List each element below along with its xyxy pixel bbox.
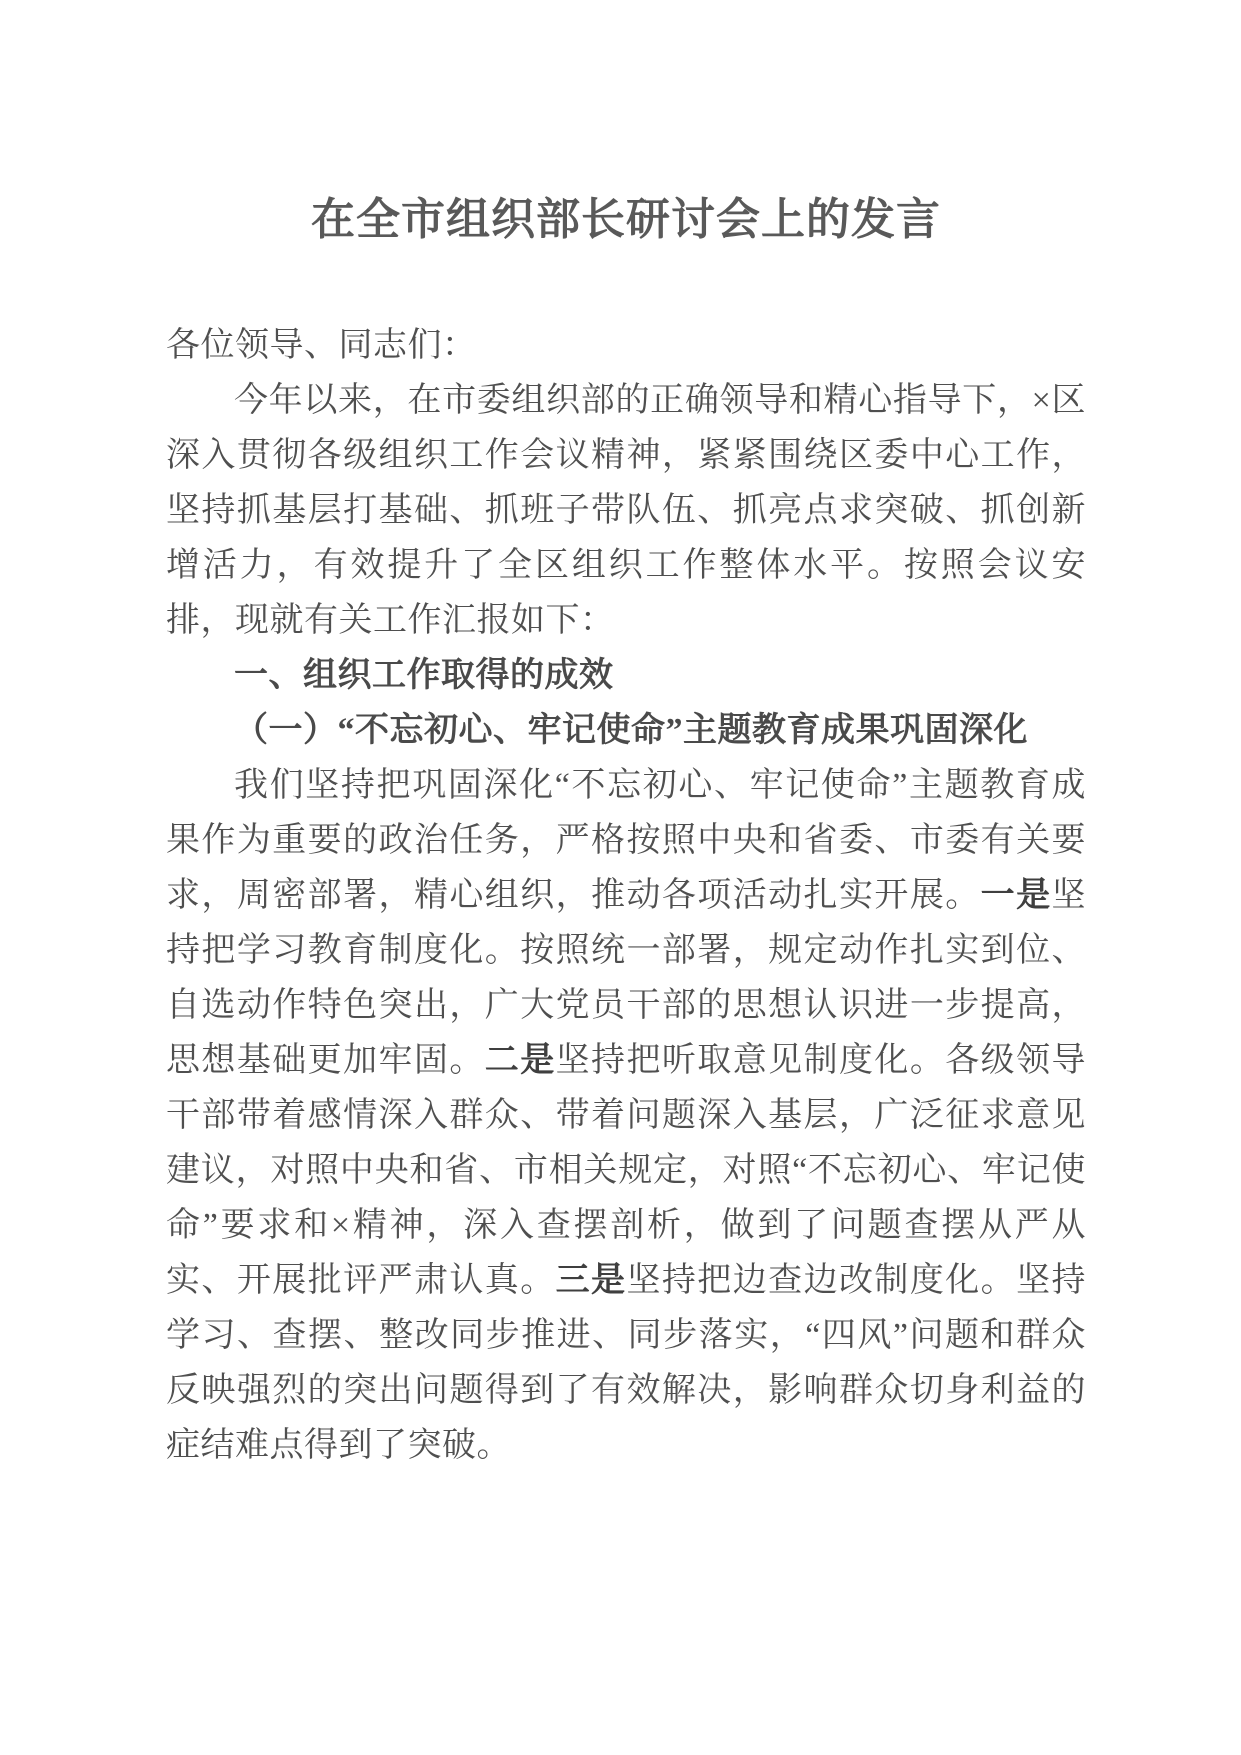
section-heading-1: 一、组织工作取得的成效 [166,648,1086,703]
intro-paragraph: 今年以来，在市委组织部的正确领导和精心指导下，×区深入贯彻各级组织工作会议精神，… [166,373,1086,648]
body-paragraph: 我们坚持把巩固深化“不忘初心、牢记使命”主题教育成果作为重要的政治任务，严格按照… [166,758,1086,1473]
emphasis-marker-first: 一是 [981,876,1052,914]
document-page: 在全市组织部长研讨会上的发言 各位领导、同志们： 今年以来，在市委组织部的正确领… [0,0,1241,1755]
body-text-segment: 我们坚持把巩固深化“不忘初心、牢记使命”主题教育成果作为重要的政治任务，严格按照… [166,767,1086,914]
document-title: 在全市组织部长研讨会上的发言 [166,198,1086,242]
emphasis-marker-second: 二是 [485,1041,556,1079]
salutation-line: 各位领导、同志们： [166,318,1086,373]
emphasis-marker-third: 三是 [556,1261,627,1299]
subsection-heading-1-1: （一）“不忘初心、牢记使命”主题教育成果巩固深化 [166,703,1086,758]
